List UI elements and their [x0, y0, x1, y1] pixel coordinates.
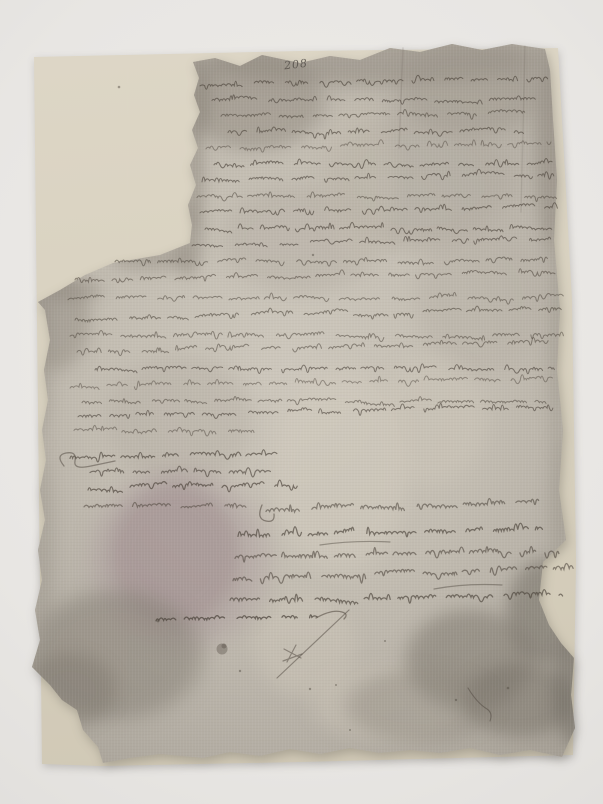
paper-stain [503, 554, 587, 670]
paper-stain [548, 430, 572, 570]
paper-stain [105, 244, 195, 272]
paper-stain [215, 180, 385, 300]
paper-stain [30, 440, 54, 640]
paper-stain [183, 115, 205, 235]
paper-stain [320, 90, 400, 270]
paper-stain [550, 630, 600, 750]
paper-stain [305, 661, 475, 745]
paper-stain [100, 350, 260, 490]
paper-stain [390, 40, 550, 140]
paper-stain [82, 462, 278, 658]
paper-stain [458, 660, 582, 740]
paper-stain [180, 32, 560, 88]
paper-stain [17, 265, 93, 375]
paper-stain [410, 220, 550, 380]
paper-stain [35, 277, 105, 303]
paper-stain [370, 350, 490, 490]
manuscript-shadow [0, 0, 603, 804]
photo-background: 208 [0, 0, 603, 804]
paper-stain [547, 220, 567, 460]
paper-stain [105, 477, 245, 633]
paper-stain [250, 590, 360, 700]
paper-stain [28, 270, 52, 450]
paper-stain [320, 105, 520, 255]
paper-stain [265, 360, 415, 580]
paper-stain [20, 650, 120, 730]
paper-stain [172, 200, 204, 280]
paper-stain [535, 40, 567, 260]
paper-stain [340, 666, 500, 746]
paper-stain [20, 585, 210, 725]
manuscript-paper [0, 0, 603, 804]
paper-stain [90, 40, 510, 56]
paper-stain [185, 47, 211, 143]
paper-stain [400, 605, 540, 715]
